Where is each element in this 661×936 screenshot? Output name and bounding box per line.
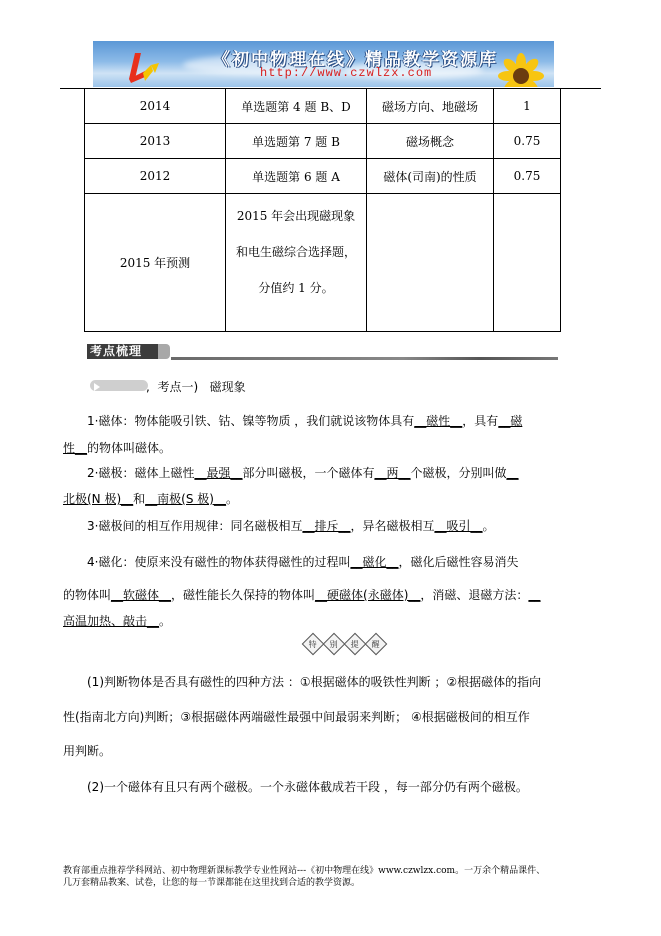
score-cell: 1	[494, 89, 561, 124]
blank-answer: 高温加热、敲击__	[63, 614, 159, 628]
prediction-score-cell	[494, 194, 561, 332]
exam-history-table: 2014 单选题第 4 题 B、D 磁场方向、地磁场 1 2013 单选题第 7…	[84, 88, 561, 332]
item-1-line-1: 1·磁体：物体能吸引铁、钴、镍等物质 ，我们就说该物体具有__磁性__，具有__…	[63, 412, 607, 429]
item-1-line-2: 性__的物体叫磁体。	[63, 439, 583, 456]
table-row: 2014 单选题第 4 题 B、D 磁场方向、地磁场 1	[85, 89, 561, 124]
item-4-line-3: 高温加热、敲击__。	[63, 612, 583, 629]
item-text: 和	[133, 492, 145, 506]
prediction-line: 分值约 1 分。	[226, 270, 366, 306]
header-banner: 《初中物理在线》精品教学资源库 http://www.czwlzx.com	[93, 41, 554, 87]
item-text: ，消磁、退磁方法：	[420, 588, 528, 602]
item-text: 。	[226, 492, 238, 506]
topic-cell: 磁场方向、地磁场	[367, 89, 494, 124]
blank-answer: __	[528, 588, 540, 602]
year-cell: 2014	[85, 89, 226, 124]
section-title: 考点梳理	[87, 344, 158, 359]
item-text: 。	[483, 519, 495, 533]
prediction-line: 2015 年会出现磁现象	[226, 198, 366, 234]
banner-url: http://www.czwlzx.com	[260, 66, 432, 80]
blank-answer: 性__	[63, 441, 87, 455]
item-text: 2·磁极：磁体上磁性	[87, 466, 194, 480]
prediction-topic-cell	[367, 194, 494, 332]
blank-answer: __排斥__	[302, 519, 350, 533]
item-text: 1·磁体：物体能吸引铁、钴、镍等物质 ，我们就说该物体具有	[87, 414, 414, 428]
note-1-line-1: (1)判断物体是否具有磁性的四种方法 ：①根据磁体的吸铁性判断 ；②根据磁体的指…	[87, 673, 541, 690]
diamond-icon: 提	[344, 633, 367, 656]
score-cell: 0.75	[494, 124, 561, 159]
topic-cell: 磁场概念	[367, 124, 494, 159]
item-text: ，异名磁极相互	[350, 519, 434, 533]
item-text: 的物体叫磁体。	[87, 441, 171, 455]
prediction-text-cell: 2015 年会出现磁现象 和电生磁综合选择题， 分值约 1 分。	[226, 194, 367, 332]
footer-line-1: 教育部重点推荐学科网站、初中物理新课标教学专业性网站---《初中物理在线》www…	[63, 865, 545, 877]
diamond-icon: 特	[302, 633, 325, 656]
blank-answer: __吸引__	[434, 519, 482, 533]
item-text: 部分叫磁极，一个磁体有	[242, 466, 374, 480]
item-text: 3·磁极间的相互作用规律：同名磁极相互	[87, 519, 302, 533]
note-1-line-3: 用判断。	[63, 742, 111, 759]
blank-answer: __最强__	[194, 466, 242, 480]
question-cell: 单选题第 7 题 B	[226, 124, 367, 159]
item-text: 的物体叫	[63, 588, 111, 602]
item-text: 4·磁化：使原来没有磁性的物体获得磁性的过程叫	[87, 555, 350, 569]
item-text: ，磁化后磁性容易消失	[398, 555, 518, 569]
item-2-line-2: 北极(N 极)__和__南极(S 极)__。	[63, 490, 583, 507]
blank-answer: __磁化__	[350, 555, 398, 569]
question-cell: 单选题第 4 题 B、D	[226, 89, 367, 124]
score-cell: 0.75	[494, 159, 561, 194]
page-footer: 教育部重点推荐学科网站、初中物理新课标教学专业性网站---《初中物理在线》www…	[63, 865, 545, 889]
prediction-row: 2015 年预测 2015 年会出现磁现象 和电生磁综合选择题， 分值约 1 分…	[85, 194, 561, 332]
prediction-line: 和电生磁综合选择题，	[226, 234, 366, 270]
special-tip-badge: 特 别 提 醒	[303, 635, 386, 652]
footer-line-2: 几万套精品教案、试卷，让您的每一节课都能在这里找到合适的教学资源。	[63, 877, 545, 889]
kaodian-title: , 考点一) 磁现象	[146, 378, 246, 395]
year-cell: 2012	[85, 159, 226, 194]
diamond-icon: 别	[323, 633, 346, 656]
blank-answer: __软磁体__	[111, 588, 171, 602]
item-2-line-1: 2·磁极：磁体上磁性__最强__部分叫磁极，一个磁体有__两__个磁极，分别叫做…	[63, 464, 607, 481]
item-3-line-1: 3·磁极间的相互作用规律：同名磁极相互__排斥__，异名磁极相互__吸引__。	[63, 517, 607, 534]
tip-char: 别	[330, 639, 338, 650]
item-4-line-1: 4·磁化：使原来没有磁性的物体获得磁性的过程叫__磁化__，磁化后磁性容易消失	[63, 553, 607, 570]
blank-answer: __两__	[374, 466, 410, 480]
blank-answer: __磁	[498, 414, 522, 428]
play-icon	[94, 383, 100, 391]
item-text: 个磁极，分别叫做	[411, 466, 507, 480]
section-tab-decoration	[158, 344, 170, 359]
sunflower-icon	[496, 51, 546, 87]
item-text: 。	[159, 614, 171, 628]
item-text: ，具有	[462, 414, 498, 428]
diamond-icon: 醒	[365, 633, 388, 656]
note-1-line-2: 性(指南北方向)判断；③根据磁体两端磁性最强中间最弱来判断； ④根据磁极间的相互…	[63, 708, 530, 725]
tip-char: 醒	[372, 639, 380, 650]
prediction-label: 2015 年预测	[85, 194, 226, 332]
question-cell: 单选题第 6 题 A	[226, 159, 367, 194]
tip-char: 特	[309, 639, 317, 650]
table-row: 2013 单选题第 7 题 B 磁场概念 0.75	[85, 124, 561, 159]
blank-answer: 北极(N 极)__	[63, 492, 133, 506]
table-row: 2012 单选题第 6 题 A 磁体(司南)的性质 0.75	[85, 159, 561, 194]
site-logo-icon	[123, 51, 163, 85]
blank-answer: __	[507, 466, 519, 480]
blank-answer: __磁性__	[414, 414, 462, 428]
item-text: ，磁性能长久保持的物体叫	[171, 588, 315, 602]
item-4-line-2: 的物体叫__软磁体__，磁性能长久保持的物体叫__硬磁体(永磁体)__，消磁、退…	[63, 586, 583, 603]
blank-answer: __硬磁体(永磁体)__	[315, 588, 420, 602]
play-pill-icon	[90, 380, 148, 391]
tip-char: 提	[351, 639, 359, 650]
topic-cell: 磁体(司南)的性质	[367, 159, 494, 194]
section-rule	[171, 357, 558, 360]
year-cell: 2013	[85, 124, 226, 159]
note-2: (2)一个磁体有且只有两个磁极。一个永磁体截成若干段 ，每一部分仍有两个磁极。	[87, 778, 528, 795]
blank-answer: __南极(S 极)__	[145, 492, 226, 506]
